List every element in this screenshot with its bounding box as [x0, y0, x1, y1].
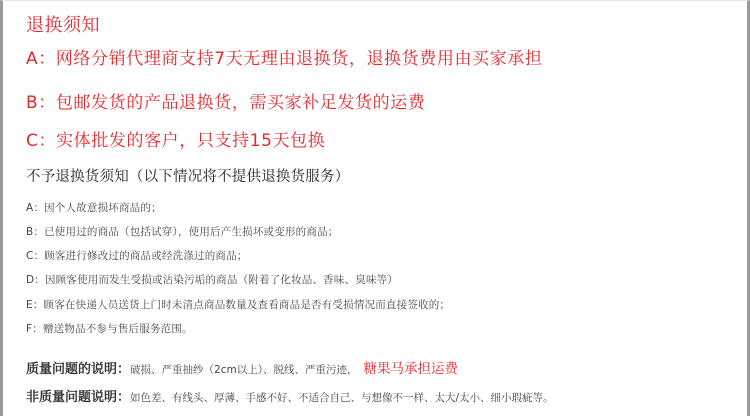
policy-rule-b: B：包邮发货的产品退换货，需买家补足发货的运费: [26, 88, 425, 113]
non-quality-issue-label: 非质量问题说明：: [26, 390, 130, 405]
return-policy-title: 退换须知: [26, 11, 100, 37]
no-return-item: C：顾客进行修改过的商品或经洗涤过的商品；: [26, 248, 248, 263]
policy-rule-a: A：网络分销代理商支持7天无理由退换货，退换货费用由买家承担: [26, 44, 542, 69]
no-return-heading: 不予退换货须知（以下情况将不提供退换货服务）: [26, 165, 349, 186]
no-return-item: A：因个人故意损坏商品的；: [26, 200, 162, 215]
no-return-item: F：赠送物品不参与售后服务范围。: [26, 321, 193, 336]
quality-issue-text: 破损、严重抽纱（2cm以上）、脱线、严重污迹，: [130, 364, 357, 376]
quality-issue-note: 质量问题的说明：破损、严重抽纱（2cm以上）、脱线、严重污迹，糖果马承担运费: [26, 357, 458, 377]
quality-issue-label: 质量问题的说明：: [26, 362, 130, 377]
shipping-covered-highlight: 糖果马承担运费: [363, 361, 458, 377]
return-policy-panel: 退换须知 A：网络分销代理商支持7天无理由退换货，退换货费用由买家承担 B：包邮…: [0, 0, 750, 416]
no-return-item: B：已使用过的商品（包括试穿），使用后产生损坏或变形的商品；: [26, 224, 338, 239]
non-quality-issue-note: 非质量问题说明：如色差、有线头、厚薄、手感不好、不适合自己、与想像不一样、太大/…: [26, 386, 554, 405]
policy-rule-c: C：实体批发的客户，只支持15天包换: [26, 126, 325, 151]
no-return-item: D：因顾客使用而发生受损或沾染污垢的商品（附着了化妆品、香味、臭味等）: [26, 272, 398, 287]
non-quality-issue-text: 如色差、有线头、厚薄、手感不好、不适合自己、与想像不一样、太大/太小、细小瑕疵等…: [130, 392, 554, 404]
no-return-item: E：顾客在快递人员送货上门时未清点商品数量及查看商品是否有受损情况而直接签收的；: [26, 297, 450, 312]
